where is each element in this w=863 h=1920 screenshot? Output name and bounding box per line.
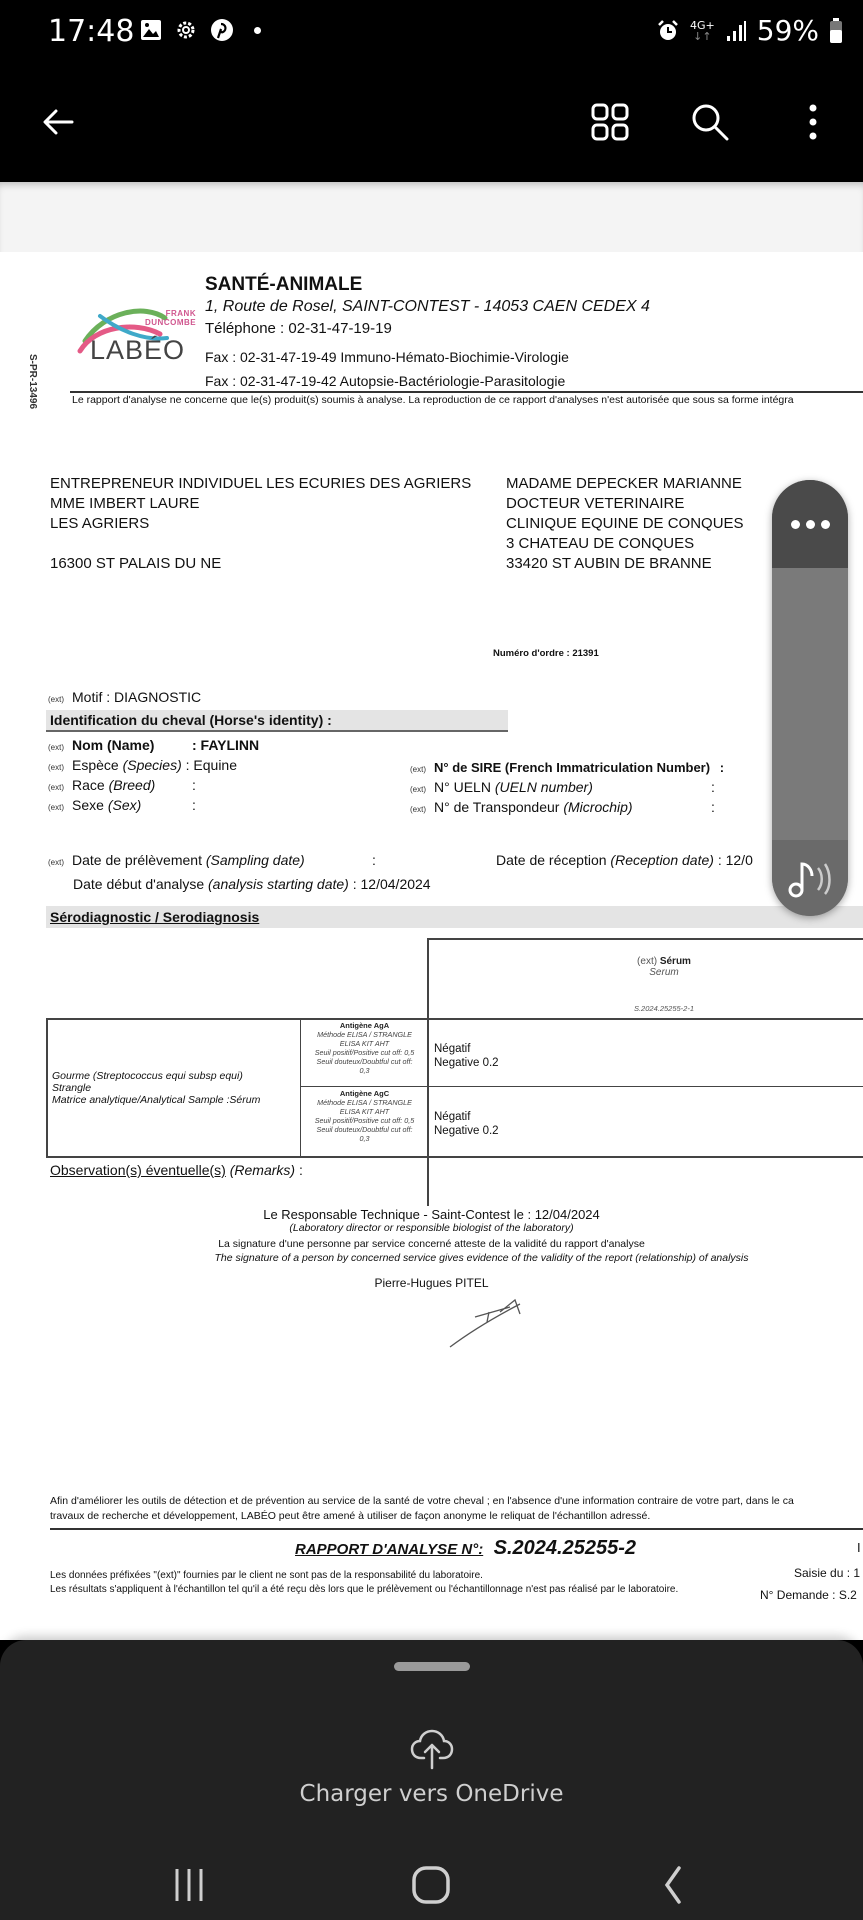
status-time: 17:48: [48, 14, 134, 49]
horse-name-row: (ext)Nom (Name): FAYLINN: [48, 737, 259, 753]
report-number: RAPPORT D'ANALYSE N°: S.2024.25255-2: [295, 1537, 636, 1560]
signature-line-3: La signature d'une personne par service …: [0, 1238, 863, 1250]
signature-line-4: The signature of a person by concerned s…: [50, 1252, 863, 1264]
edge-mark: I: [857, 1540, 861, 1555]
cloud-upload-icon: [409, 1728, 455, 1770]
back-icon: [661, 1865, 685, 1905]
page-gap: [0, 182, 863, 252]
search-button[interactable]: [682, 94, 738, 150]
saisie-date: Saisie du : 1: [794, 1566, 860, 1580]
analysis-date-row: Date début d'analyse (analysis starting …: [73, 876, 431, 892]
music-note-sound-icon: [786, 856, 834, 900]
search-icon: [689, 101, 731, 143]
document-viewer[interactable]: S-PR-13496 FRANKDUNCOMBE LABÉO SANTÉ-ANI…: [0, 182, 863, 1640]
method-cell-aga: Antigène AgA Méthode ELISA / STRANGLE EL…: [302, 1021, 427, 1075]
sample-id: S.2024.25255-2-1: [429, 1004, 863, 1013]
home-button[interactable]: [401, 1860, 461, 1910]
system-nav-bar: [0, 1850, 863, 1920]
signature-line-2: (Laboratory director or responsible biol…: [0, 1222, 863, 1234]
result-aga: Négatif Negative 0.2: [434, 1042, 499, 1070]
test-name: Gourme (Streptococcus equi subsp equi) S…: [52, 1070, 260, 1106]
research-notice-2: travaux de recherche et développement, L…: [50, 1510, 650, 1522]
recents-icon: [173, 1867, 205, 1903]
signature-line-1: Le Responsable Technique - Saint-Contest…: [0, 1207, 863, 1222]
alarm-icon: [656, 19, 680, 43]
vet-address: MADAME DEPECKER MARIANNE DOCTEUR VETERIN…: [506, 474, 744, 574]
settings-icon: [174, 18, 198, 42]
lab-title: SANTÉ-ANIMALE: [205, 274, 362, 296]
horse-species-row: (ext)Espèce (Species) : Equine: [48, 757, 237, 773]
grid-view-button[interactable]: [582, 94, 638, 150]
more-notifications-dot-icon: [254, 27, 261, 34]
logo-subtitle: FRANKDUNCOMBE: [145, 309, 196, 327]
more-vertical-icon: [807, 102, 819, 142]
section-title: Sérodiagnostic / Serodiagnosis: [46, 906, 863, 928]
divider: [70, 391, 863, 393]
pinterest-icon: [210, 18, 234, 42]
divider: [50, 1528, 863, 1530]
more-options-button[interactable]: [785, 94, 841, 150]
disclaimer-top: Le rapport d'analyse ne concerne que le(…: [72, 394, 794, 406]
horse-breed-row: (ext)Race (Breed):: [48, 777, 196, 793]
battery-icon: [829, 18, 843, 44]
method-cell-agc: Antigène AgC Méthode ELISA / STRANGLE EL…: [302, 1089, 427, 1143]
sampling-date-row: (ext)Date de prélèvement (Sampling date)…: [48, 852, 376, 868]
upload-onedrive-button[interactable]: Charger vers OneDrive: [0, 1728, 863, 1807]
result-agc: Négatif Negative 0.2: [434, 1110, 499, 1138]
sample-header: (ext) Sérum Serum: [429, 956, 863, 978]
lab-fax-1: Fax : 02-31-47-19-49 Immuno-Hémato-Bioch…: [205, 349, 569, 365]
client-address: ENTREPRENEUR INDIVIDUEL LES ECURIES DES …: [50, 474, 471, 574]
notification-icons: [140, 18, 261, 42]
lab-fax-2: Fax : 02-31-47-19-42 Autopsie-Bactériolo…: [205, 373, 565, 389]
ueln-number-row: (ext)N° UELN (UELN number):: [410, 779, 715, 795]
identification-header: Identification du cheval (Horse's identi…: [46, 710, 508, 732]
network-type: 4G+↓↑: [690, 20, 715, 42]
remarks: Observation(s) éventuelle(s) (Remarks) :: [50, 1162, 303, 1178]
back-button[interactable]: [30, 94, 86, 150]
signature-icon: [445, 1292, 540, 1352]
battery-percent: 59%: [757, 14, 819, 47]
signal-icon: [725, 20, 747, 42]
footer-note-1: Les données préfixées "(ext)" fournies p…: [50, 1570, 483, 1581]
logo-wordmark: LABÉO: [90, 335, 185, 366]
request-number: N° Demande : S.2: [760, 1588, 857, 1602]
more-horizontal-icon: [791, 520, 800, 529]
back-nav-button[interactable]: [643, 1860, 703, 1910]
sire-number-row: (ext)N° de SIRE (French Immatriculation …: [410, 760, 724, 775]
side-panel-menu-button[interactable]: [772, 480, 848, 568]
lab-address: 1, Route de Rosel, SAINT-CONTEST - 14053…: [205, 298, 650, 316]
arrow-left-icon: [40, 104, 76, 140]
home-icon: [411, 1865, 451, 1905]
signatory-name: Pierre-Hugues PITEL: [0, 1276, 863, 1290]
document-page: S-PR-13496 FRANKDUNCOMBE LABÉO SANTÉ-ANI…: [0, 252, 863, 1640]
recents-button[interactable]: [159, 1860, 219, 1910]
status-bar: 17:48 4G+↓↑ 59%: [0, 0, 863, 64]
horse-sex-row: (ext)Sexe (Sex):: [48, 797, 196, 813]
gallery-icon: [140, 19, 162, 41]
lab-telephone: Téléphone : 02-31-47-19-19: [205, 320, 392, 337]
footer-note-2: Les résultats s'appliquent à l'échantill…: [50, 1584, 678, 1595]
app-bar: [0, 64, 863, 182]
system-icons: 4G+↓↑ 59%: [656, 14, 843, 47]
motif: (ext)Motif : DIAGNOSTIC: [48, 689, 201, 705]
order-number: Numéro d'ordre : 21391: [493, 648, 599, 659]
form-code: S-PR-13496: [27, 354, 38, 409]
microchip-row: (ext)N° de Transpondeur (Microchip):: [410, 799, 715, 815]
grid-view-icon: [590, 102, 630, 142]
research-notice-1: Afin d'améliorer les outils de détection…: [50, 1495, 794, 1507]
reception-date-row: Date de réception (Reception date) : 12/…: [496, 852, 753, 868]
floating-side-panel[interactable]: [772, 480, 848, 916]
audio-button[interactable]: [772, 840, 848, 916]
sheet-drag-handle[interactable]: [394, 1662, 470, 1671]
